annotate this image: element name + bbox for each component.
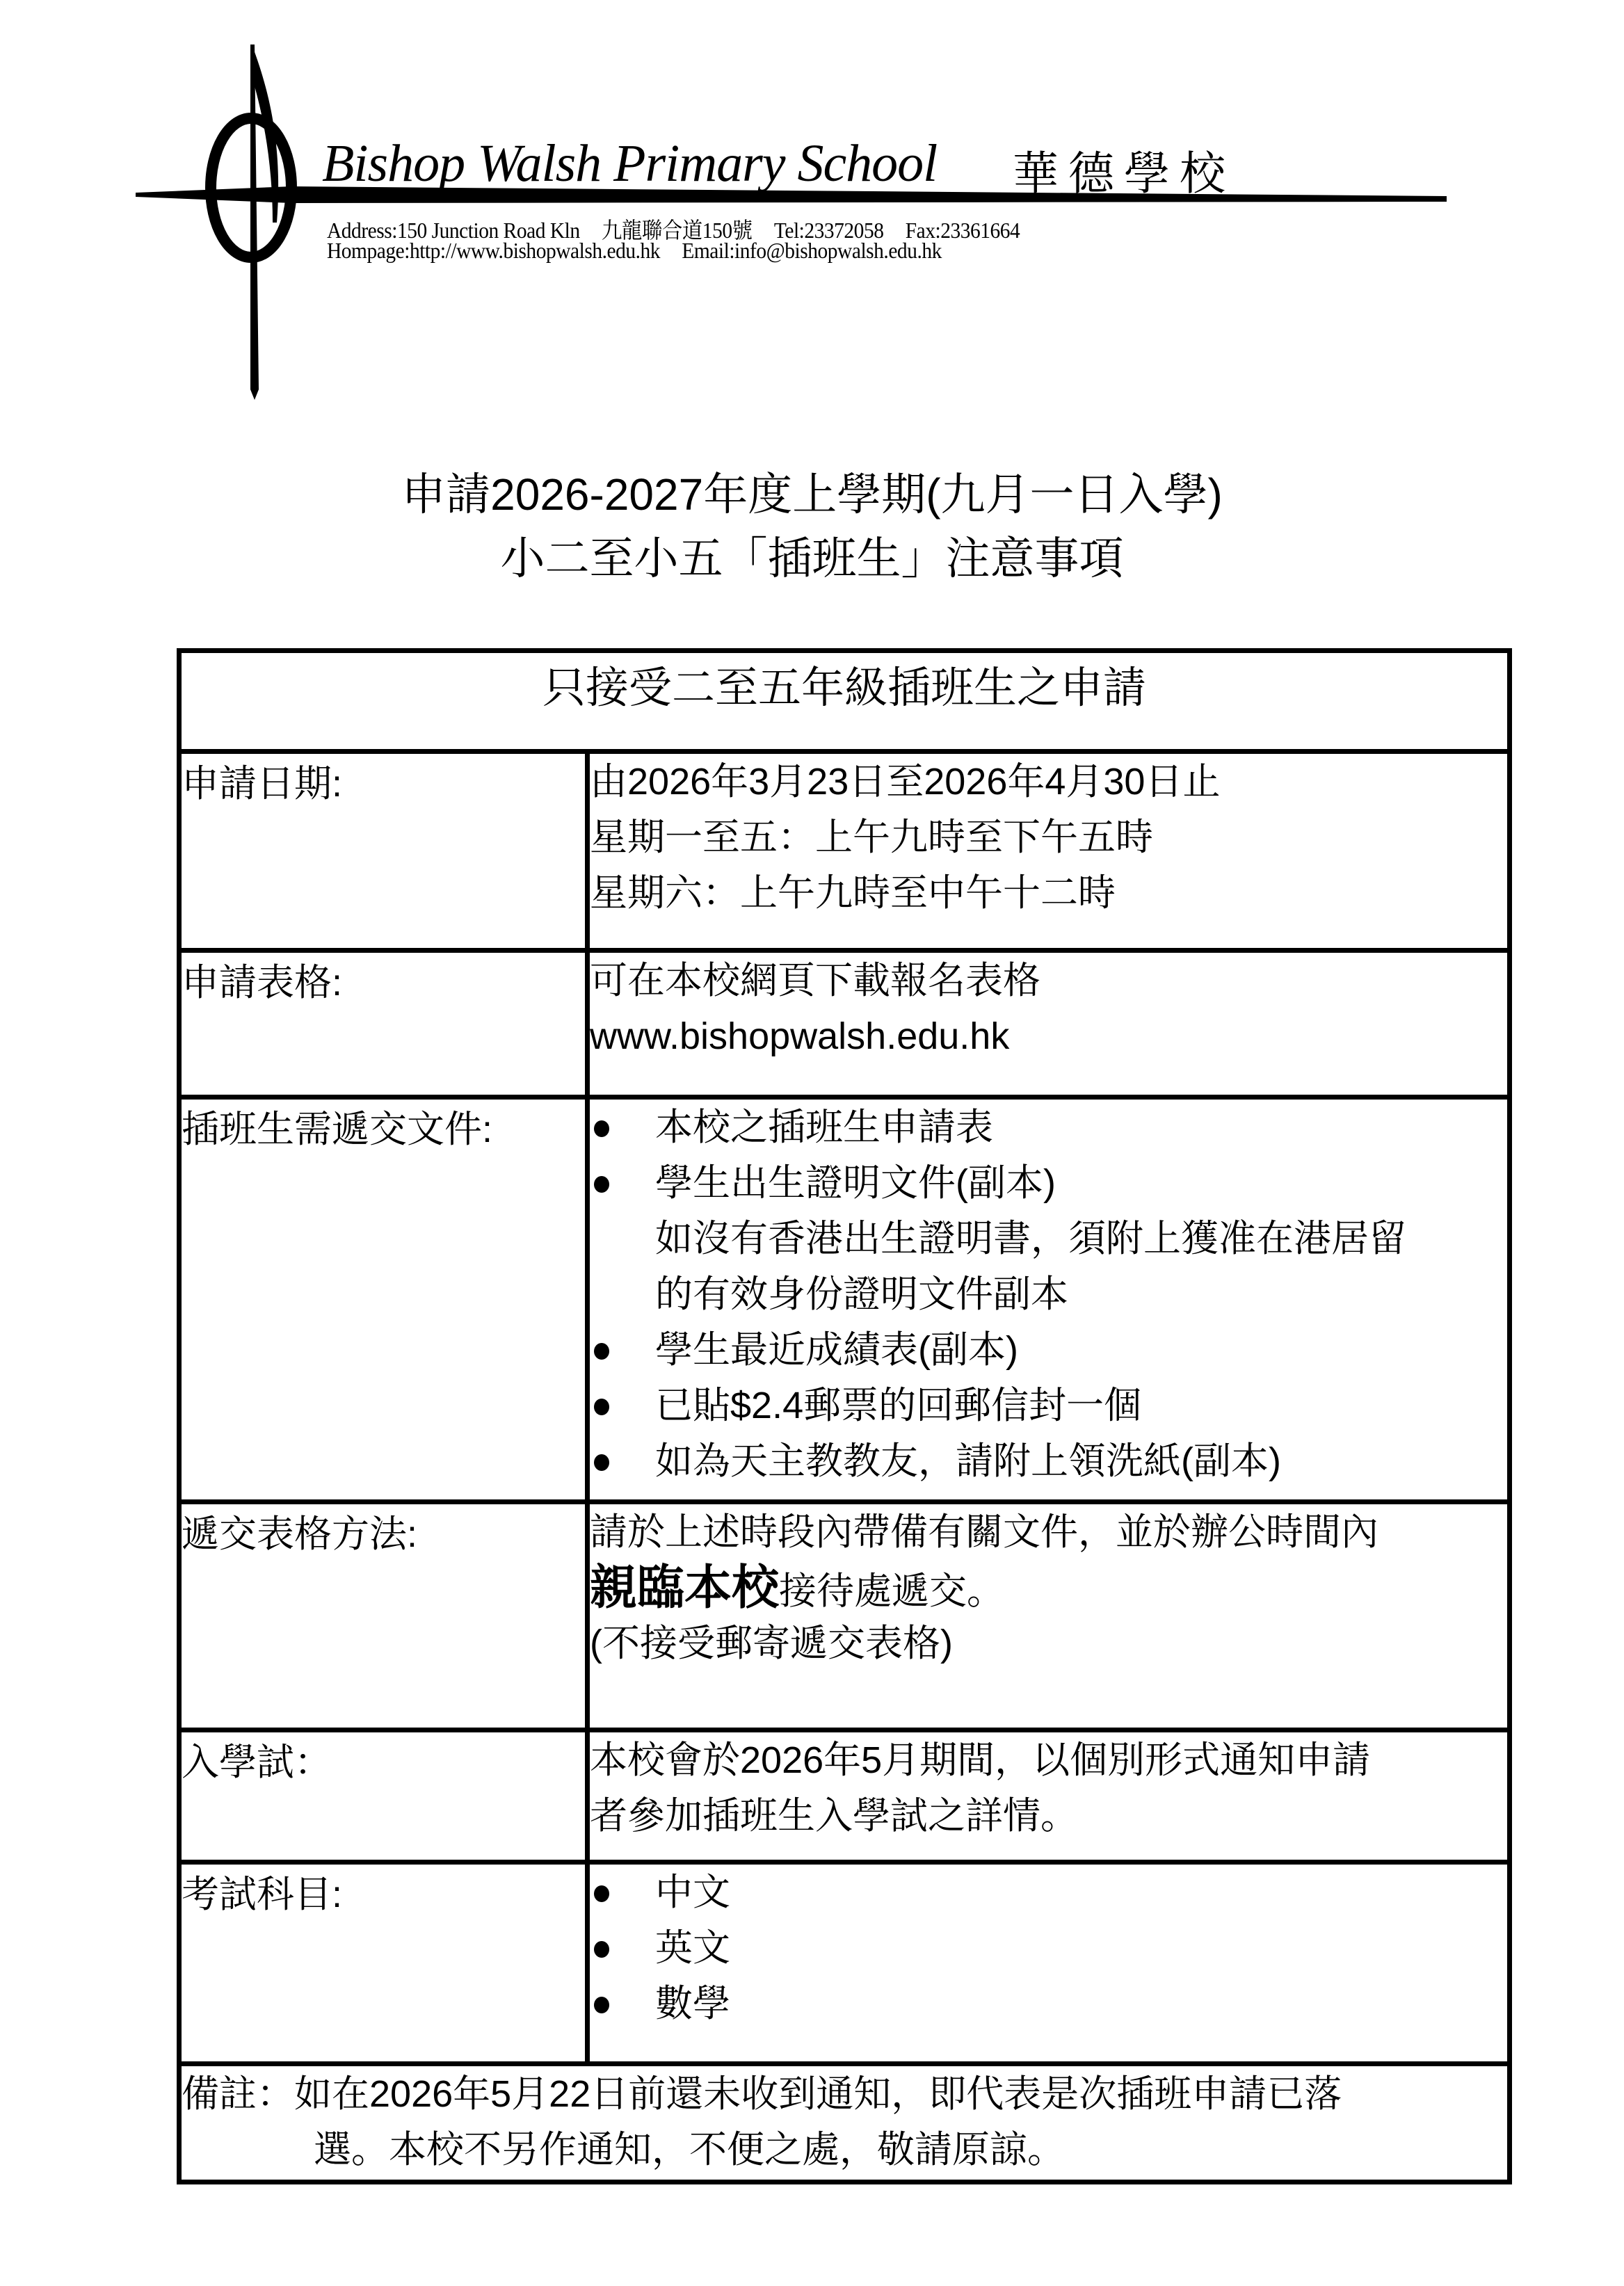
- bullet-icon: [590, 1920, 655, 1976]
- school-name-chinese: 華德學校: [1013, 136, 1235, 202]
- list-item: 學生出生證明文件(副本) 如沒有香港出生證明書，須附上獲准在港居留 的有效身份證…: [590, 1155, 1507, 1322]
- date-range: 由2026年3月23日至2026年4月30日止: [590, 754, 1507, 810]
- table-row-exam-subjects: 考試科目: 中文 英文 數學: [179, 1862, 1510, 2064]
- school-logo-cross-icon: [0, 0, 1624, 417]
- document-subtitle: 小二至小五「插班生」注意事項: [0, 523, 1624, 587]
- row-label: 申請日期:: [179, 752, 588, 951]
- form-download-text: 可在本校網頁下載報名表格: [590, 953, 1507, 1008]
- table-row-application-form: 申請表格: 可在本校網頁下載報名表格 www.bishopwalsh.edu.h…: [179, 951, 1510, 1097]
- remarks-line-2: 選。本校不另作通知，不便之處，敬請原諒。: [182, 2122, 1507, 2178]
- list-item: 英文: [590, 1920, 1507, 1976]
- list-item: 已貼$2.4郵票的回郵信封一個: [590, 1378, 1507, 1433]
- submission-location: 親臨本校接待處遞交。: [590, 1560, 1507, 1616]
- admission-info-table: 只接受二至五年級插班生之申請 申請日期: 由2026年3月23日至2026年4月…: [177, 648, 1512, 2184]
- list-item: 本校之插班生申請表: [590, 1100, 1507, 1155]
- school-name-english: Bishop Walsh Primary School: [322, 134, 937, 194]
- list-item: 學生最近成績表(副本): [590, 1322, 1507, 1378]
- bullet-icon: [590, 1378, 655, 1433]
- row-label: 考試科目:: [179, 1862, 588, 2064]
- bullet-icon: [590, 1976, 655, 2031]
- row-label: 遞交表格方法:: [179, 1502, 588, 1730]
- email-link[interactable]: Email:info@bishopwalsh.edu.hk: [682, 238, 942, 263]
- table-row-application-date: 申請日期: 由2026年3月23日至2026年4月30日止 星期一至五：上午九時…: [179, 752, 1510, 951]
- row-value: 本校之插班生申請表 學生出生證明文件(副本) 如沒有香港出生證明書，須附上獲准在…: [588, 1097, 1510, 1502]
- bullet-icon: [590, 1433, 655, 1489]
- list-item: 中文: [590, 1865, 1507, 1920]
- bullet-icon: [590, 1865, 655, 1920]
- table-banner: 只接受二至五年級插班生之申請: [179, 651, 1510, 752]
- table-row-entrance-exam: 入學試： 本校會於2026年5月期間，以個別形式通知申請 者參加插班生入學試之詳…: [179, 1730, 1510, 1862]
- list-item: 數學: [590, 1976, 1507, 2031]
- no-mail-notice: (不接受郵寄遞交表格): [590, 1616, 1507, 1671]
- row-label: 入學試：: [179, 1730, 588, 1862]
- row-value: 本校會於2026年5月期間，以個別形式通知申請 者參加插班生入學試之詳情。: [588, 1730, 1510, 1862]
- website-link[interactable]: www.bishopwalsh.edu.hk: [590, 1008, 1507, 1064]
- contact-line: Hompage:http://www.bishopwalsh.edu.hkEma…: [327, 238, 963, 264]
- emphasis-in-person: 親臨本校: [590, 1561, 779, 1614]
- saturday-hours: 星期六：上午九時至中午十二時: [590, 865, 1507, 921]
- document-title: 申請2026-2027年度上學期(九月一日入學): [0, 459, 1624, 523]
- row-value: 中文 英文 數學: [588, 1862, 1510, 2064]
- row-value: 請於上述時段內帶備有關文件，並於辦公時間內 親臨本校接待處遞交。 (不接受郵寄遞…: [588, 1502, 1510, 1730]
- bullet-icon: [590, 1100, 655, 1155]
- row-label: 申請表格:: [179, 951, 588, 1097]
- row-value: 可在本校網頁下載報名表格 www.bishopwalsh.edu.hk: [588, 951, 1510, 1097]
- homepage-link[interactable]: Hompage:http://www.bishopwalsh.edu.hk: [327, 238, 660, 263]
- bullet-icon: [590, 1155, 655, 1211]
- list-item: 如為天主教教友，請附上領洗紙(副本): [590, 1433, 1507, 1489]
- submission-instructions: 請於上述時段內帶備有關文件，並於辦公時間內: [590, 1504, 1507, 1560]
- remarks-line-1: 備註：如在2026年5月22日前還未收到通知，即代表是次插班申請已落: [182, 2066, 1507, 2122]
- table-row-remarks: 備註：如在2026年5月22日前還未收到通知，即代表是次插班申請已落 選。本校不…: [179, 2064, 1510, 2182]
- table-row-required-documents: 插班生需遞交文件: 本校之插班生申請表 學生出生證明文件(副本) 如沒有香港出生…: [179, 1097, 1510, 1502]
- weekday-hours: 星期一至五：上午九時至下午五時: [590, 810, 1507, 865]
- remarks: 備註：如在2026年5月22日前還未收到通知，即代表是次插班申請已落 選。本校不…: [179, 2064, 1510, 2182]
- table-banner-row: 只接受二至五年級插班生之申請: [179, 651, 1510, 752]
- row-value: 由2026年3月23日至2026年4月30日止 星期一至五：上午九時至下午五時 …: [588, 752, 1510, 951]
- row-label: 插班生需遞交文件:: [179, 1097, 588, 1502]
- bullet-icon: [590, 1322, 655, 1378]
- table-row-submission-method: 遞交表格方法: 請於上述時段內帶備有關文件，並於辦公時間內 親臨本校接待處遞交。…: [179, 1502, 1510, 1730]
